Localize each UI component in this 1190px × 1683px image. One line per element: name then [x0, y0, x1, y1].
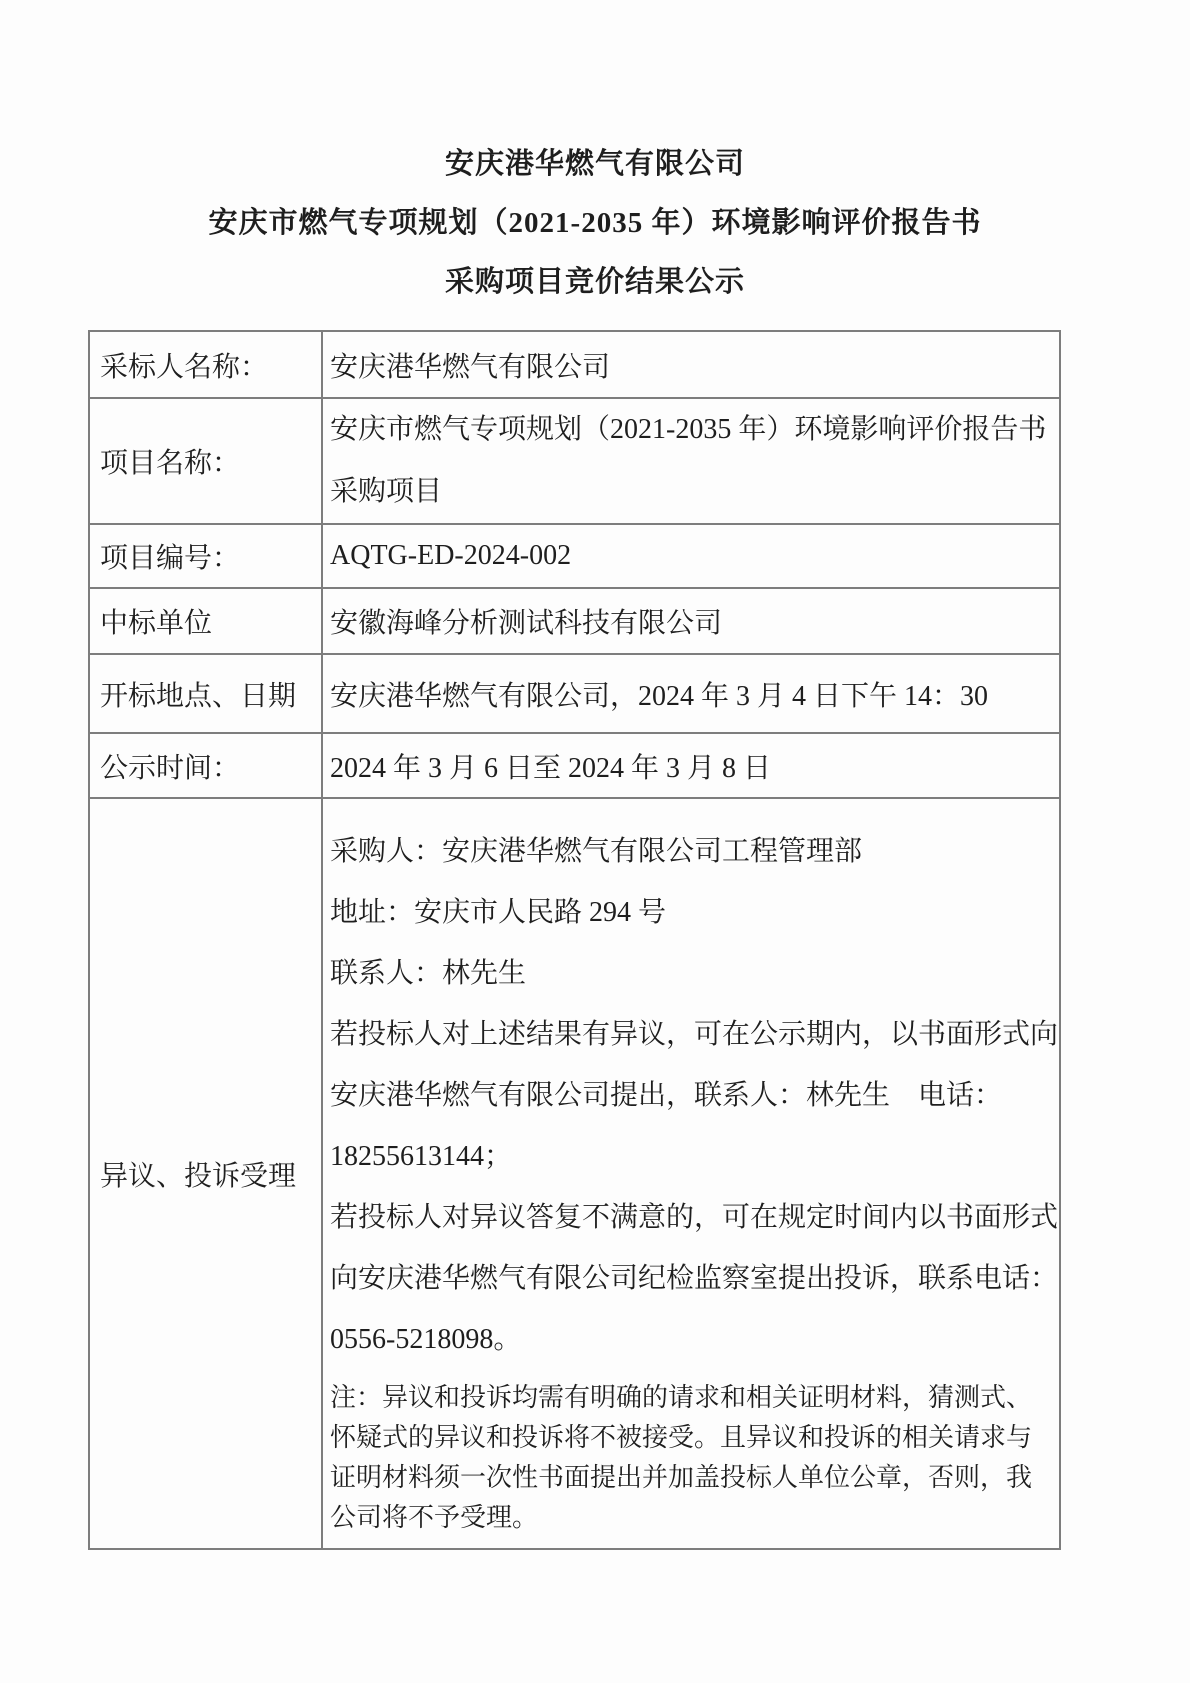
table-row-opening-place-date: 开标地点、日期 安庆港华燃气有限公司，2024 年 3 月 4 日下午 14：3…: [89, 654, 1060, 733]
row-label-publicity-period: 公示时间：: [89, 733, 322, 798]
row-value-project-name: 安庆市燃气专项规划（2021-2035 年）环境影响评价报告书 采购项目: [322, 398, 1060, 524]
table-row-winning-bidder: 中标单位 安徽海峰分析测试科技有限公司: [89, 588, 1060, 654]
objection-line-8: 向安庆港华燃气有限公司纪检监察室提出投诉，联系电话：: [330, 1248, 1051, 1309]
row-value-objection-handling: 采购人：安庆港华燃气有限公司工程管理部 地址：安庆市人民路 294 号 联系人：…: [322, 798, 1060, 1549]
objection-line-7: 若投标人对异议答复不满意的，可在规定时间内以书面形式: [330, 1187, 1051, 1248]
table-row-purchaser: 采标人名称： 安庆港华燃气有限公司: [89, 331, 1060, 398]
table-row-project-name: 项目名称： 安庆市燃气专项规划（2021-2035 年）环境影响评价报告书 采购…: [89, 398, 1060, 524]
document-title: 安庆港华燃气有限公司 安庆市燃气专项规划（2021-2035 年）环境影响评价报…: [0, 148, 1190, 325]
row-value-project-number: AQTG-ED-2024-002: [322, 524, 1060, 588]
project-name-line-1: 安庆市燃气专项规划（2021-2035 年）环境影响评价报告书: [330, 399, 1059, 461]
table-row-objection-handling: 异议、投诉受理 采购人：安庆港华燃气有限公司工程管理部 地址：安庆市人民路 29…: [89, 798, 1060, 1549]
objection-line-complaint-phone: 0556-5218098。: [330, 1309, 1051, 1370]
project-name-line-2: 采购项目: [330, 461, 1059, 523]
document-page: 安庆港华燃气有限公司 安庆市燃气专项规划（2021-2035 年）环境影响评价报…: [0, 0, 1190, 1683]
objection-line-phone: 18255613144；: [330, 1126, 1051, 1187]
row-label-objection-handling: 异议、投诉受理: [89, 798, 322, 1549]
row-value-purchaser: 安庆港华燃气有限公司: [322, 331, 1060, 398]
title-line-1: 安庆港华燃气有限公司: [0, 148, 1190, 180]
row-label-purchaser: 采标人名称：: [89, 331, 322, 398]
table-row-publicity-period: 公示时间： 2024 年 3 月 6 日至 2024 年 3 月 8 日: [89, 733, 1060, 798]
row-value-opening-place-date: 安庆港华燃气有限公司，2024 年 3 月 4 日下午 14：30: [322, 654, 1060, 733]
row-label-winning-bidder: 中标单位: [89, 588, 322, 654]
row-value-winning-bidder: 安徽海峰分析测试科技有限公司: [322, 588, 1060, 654]
row-label-project-number: 项目编号：: [89, 524, 322, 588]
objection-line-4: 若投标人对上述结果有异议，可在公示期内，以书面形式向: [330, 1004, 1051, 1065]
objection-line-purchaser: 采购人：安庆港华燃气有限公司工程管理部: [330, 821, 1051, 882]
objection-note: 注：异议和投诉均需有明确的请求和相关证明材料，猜测式、怀疑式的异议和投诉将不被接…: [330, 1378, 1051, 1538]
title-line-3: 采购项目竞价结果公示: [0, 266, 1190, 298]
table-row-project-number: 项目编号： AQTG-ED-2024-002: [89, 524, 1060, 588]
bid-result-table: 采标人名称： 安庆港华燃气有限公司 项目名称： 安庆市燃气专项规划（2021-2…: [88, 330, 1061, 1550]
objection-line-address: 地址：安庆市人民路 294 号: [330, 882, 1051, 943]
row-label-project-name: 项目名称：: [89, 398, 322, 524]
row-label-opening-place-date: 开标地点、日期: [89, 654, 322, 733]
objection-line-5: 安庆港华燃气有限公司提出，联系人：林先生 电话：: [330, 1065, 1051, 1126]
objection-line-contact: 联系人：林先生: [330, 943, 1051, 1004]
title-line-2: 安庆市燃气专项规划（2021-2035 年）环境影响评价报告书: [0, 207, 1190, 239]
row-value-publicity-period: 2024 年 3 月 6 日至 2024 年 3 月 8 日: [322, 733, 1060, 798]
